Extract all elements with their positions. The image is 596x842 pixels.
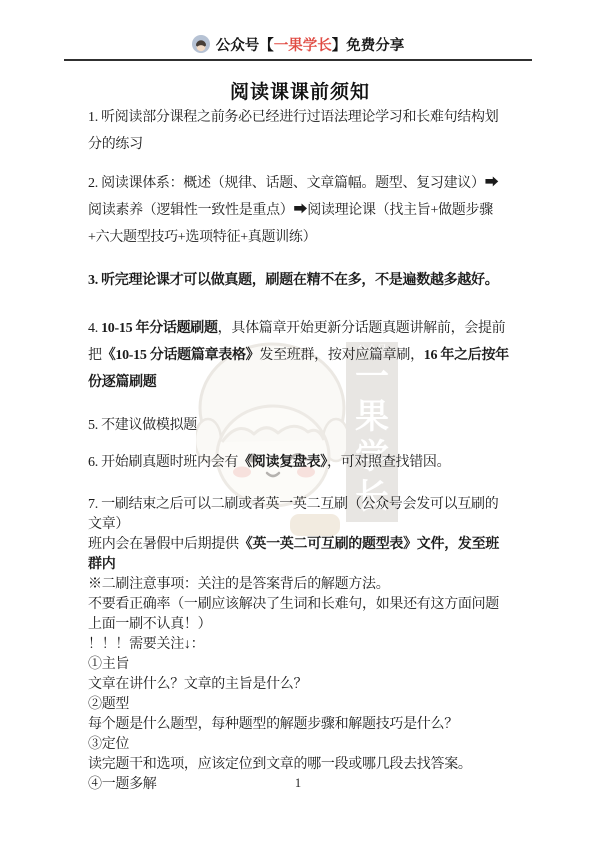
list-item-5: 5. 不建议做模拟题 <box>88 412 512 439</box>
note-line-1: 7. 一刷结束之后可以二刷或者英一英二互刷（公众号会发可以互刷的文章） <box>88 495 512 535</box>
boy-avatar-icon <box>192 35 210 53</box>
text-run-bold: 《10-15 分话题篇章表格》 <box>102 348 260 363</box>
note-line-11: 读完题干和选项，应该定位到文章的哪一段或哪几段去找答案。 <box>88 755 512 775</box>
list-item-4: 4. 10-15 年分话题刷题，具体篇章开始更新分话题真题讲解前，会提前把《10… <box>88 315 512 396</box>
text-run: 4. <box>88 321 101 336</box>
text-run: 班内会在暑假中后期提供 <box>88 537 239 552</box>
note-line-8: ②题型 <box>88 695 512 715</box>
list-item-6: 6. 开始刷真题时班内会有《阅读复盘表》，可对照查找错因。 <box>88 449 512 476</box>
page-header: 公众号【一果学长】免费分享 <box>0 34 596 54</box>
text-run-bold: 《阅读复盘表》 <box>238 455 327 470</box>
note-line-7: 文章在讲什么？文章的主旨是什么？ <box>88 675 512 695</box>
header-prefix: 公众号【 <box>216 38 274 54</box>
note-line-4: 不要看正确率（一刷应该解决了生词和长难句，如果还有这方面问题上面一刷不认真！） <box>88 595 512 635</box>
list-item-3: 3. 听完理论课才可以做真题，刷题在精不在多，不是遍数越多越好。 <box>88 267 512 294</box>
document-body: 阅读课课前须知 1. 听阅读部分课程之前务必已经进行过语法理论学习和长难句结构划… <box>88 62 512 795</box>
header-brand: 一果学长 <box>274 38 332 54</box>
text-run-bold: 10-15 年分话题刷题 <box>101 321 218 336</box>
page-number: 1 <box>0 776 596 791</box>
header-divider <box>64 59 532 61</box>
text-run: ，可对照查找错因。 <box>327 455 450 470</box>
note-line-10: ③定位 <box>88 735 512 755</box>
text-run: 6. 开始刷真题时班内会有 <box>88 455 238 470</box>
list-item-2: 2. 阅读课体系：概述（规律、话题、文章篇幅。题型、复习建议）➡阅读素养（逻辑性… <box>88 170 512 251</box>
header-text: 公众号【一果学长】免费分享 <box>216 34 405 55</box>
note-line-2: 班内会在暑假中后期提供《英一英二可互刷的题型表》文件，发至班群内 <box>88 535 512 575</box>
list-item-1: 1. 听阅读部分课程之前务必已经进行过语法理论学习和长难句结构划分的练习 <box>88 104 512 158</box>
page-title: 阅读课课前须知 <box>88 82 512 104</box>
note-line-5: ！！！需要关注↓： <box>88 635 512 655</box>
note-line-6: ①主旨 <box>88 655 512 675</box>
header-suffix: 】免费分享 <box>332 38 405 54</box>
note-line-3: ※二刷注意事项：关注的是答案背后的解题方法。 <box>88 575 512 595</box>
list-item-7-block: 7. 一刷结束之后可以二刷或者英一英二互刷（公众号会发可以互刷的文章） 班内会在… <box>88 495 512 795</box>
text-run: 发至班群，按对应篇章刷， <box>259 348 423 363</box>
note-line-9: 每个题是什么题型，每种题型的解题步骤和解题技巧是什么？ <box>88 715 512 735</box>
